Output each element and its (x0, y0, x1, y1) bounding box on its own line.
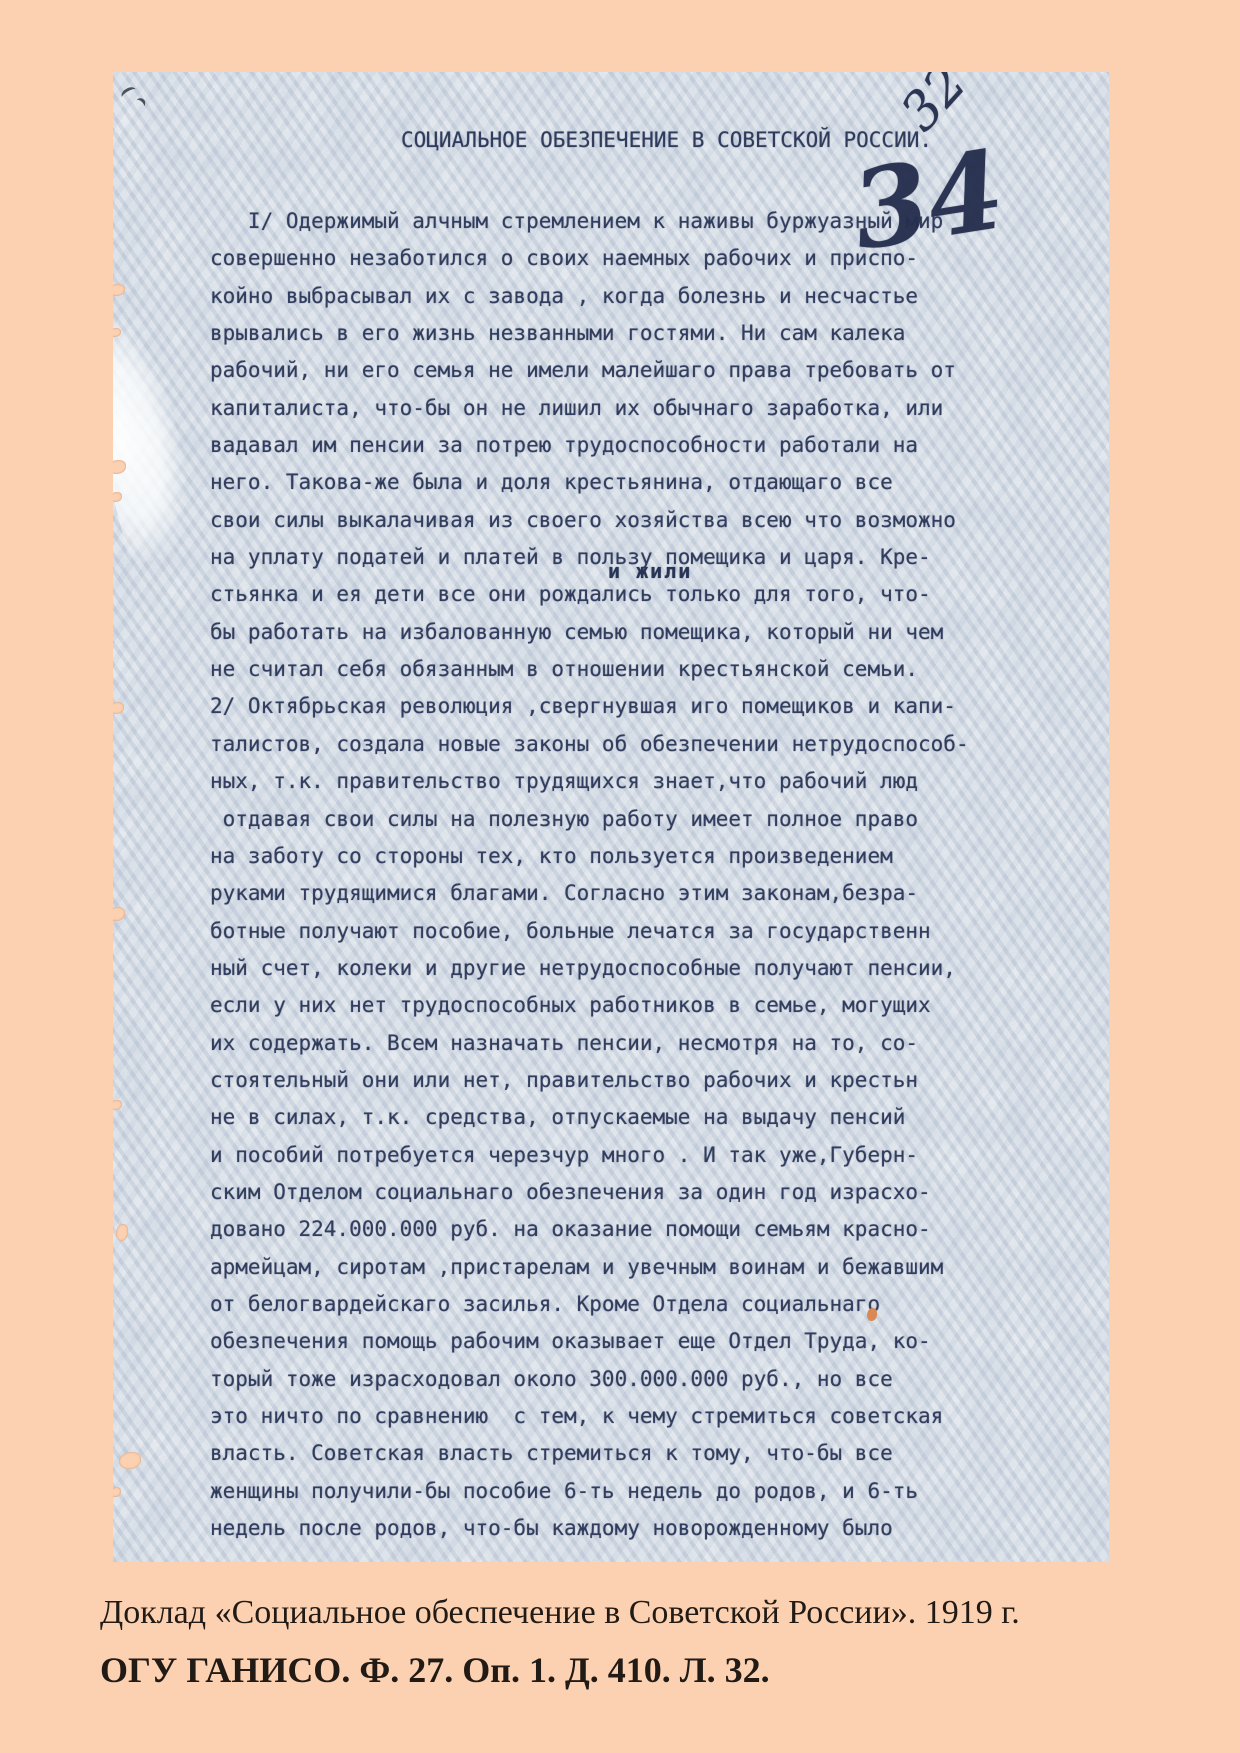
document-line: него. Такова-же была и доля крестьянина,… (210, 464, 1080, 501)
document-line: не считал себя обязанным в отношении кре… (210, 651, 1080, 688)
caption: Доклад «Социальное обеспечение в Советск… (100, 1592, 1020, 1692)
document-line: свои силы выкалачивая из своего хозяйств… (210, 502, 1080, 539)
document-line: ных, т.к. правительство трудящихся знает… (210, 763, 1080, 800)
document-line: недель после родов, что-бы каждому новор… (210, 1510, 1080, 1547)
document-line: довано 224.000.000 руб. на оказание помо… (210, 1211, 1080, 1248)
document-line: вадавал им пенсии за потрею трудоспособн… (210, 427, 1080, 464)
caption-archive-reference: ОГУ ГАНИСО. Ф. 27. Оп. 1. Д. 410. Л. 32. (100, 1649, 1020, 1692)
paper-damage-spot (113, 702, 124, 714)
document-line: обезпечения помощь рабочим оказывает еще… (210, 1323, 1080, 1360)
paper-fade-patch (113, 304, 206, 565)
interline-insertion: и жили (608, 559, 692, 583)
document-line: 2/ Октябрьская революция ,свергнувшая иг… (210, 688, 1080, 725)
pen-mark (133, 96, 148, 111)
paper-damage-spot (113, 284, 125, 296)
page: { "page": { "background_color": "#fcd1b2… (0, 0, 1240, 1753)
document-line: рабочий, ни его семья не имели малейшаго… (210, 352, 1080, 389)
document-line: это ничто по сравнению с тем, к чему стр… (210, 1398, 1080, 1435)
document-line: армейцам, сиротам ,пристарелам и увечным… (210, 1249, 1080, 1286)
document-line: руками трудящимися благами. Согласно эти… (210, 875, 1080, 912)
document-body: I/ Одержимый алчным стремлением к наживы… (210, 203, 1080, 1547)
document-line: стоятельный они или нет, правительство р… (210, 1062, 1080, 1099)
document-line: ским Отделом социальнаго обезпечения за … (210, 1174, 1080, 1211)
document-scan: СОЦИАЛЬНОЕ ОБЕЗПЕЧЕНИЕ В СОВЕТСКОЙ РОССИ… (113, 72, 1109, 1562)
document-line: койно выбрасывал их с завода , когда бол… (210, 278, 1080, 315)
document-line: ный счет, колеки и другие нетрудоспособн… (210, 950, 1080, 987)
document-line: ботные получают пособие, больные лечатся… (210, 913, 1080, 950)
caption-document-title: Доклад «Социальное обеспечение в Советск… (100, 1592, 1020, 1635)
document-line: врывались в его жизнь незванными гостями… (210, 315, 1080, 352)
paper-damage-spot (113, 907, 125, 921)
document-line: их содержать. Всем назначать пенсии, нес… (210, 1025, 1080, 1062)
document-line: от белогвардейскаго засилья. Кроме Отдел… (210, 1286, 1080, 1323)
document-line: женщины получили-бы пособие 6-ть недель … (210, 1473, 1080, 1510)
document-line: торый тоже израсходовал около 300.000.00… (210, 1361, 1080, 1398)
document-line: власть. Советская власть стремиться к то… (210, 1435, 1080, 1472)
document-line: талистов, создала новые законы об обезпе… (210, 726, 1080, 763)
document-line: бы работать на избалованную семью помещи… (210, 614, 1080, 651)
document-line: капиталиста, что-бы он не лишил их обычн… (210, 390, 1080, 427)
paper-damage-spot (116, 1224, 128, 1241)
paper-damage-spot (119, 1452, 141, 1469)
document-line: если у них нет трудоспособных работников… (210, 987, 1080, 1024)
document-line: и пособий потребуется черезчур много . И… (210, 1137, 1080, 1174)
document-line: на заботу со стороны тех, кто пользуется… (210, 838, 1080, 875)
paper-damage-spot (113, 1487, 121, 1497)
paper-damage-spot (113, 1100, 122, 1110)
handwritten-page-number-large: 34 (844, 127, 1012, 275)
document-line: отдавая свои силы на полезную работу име… (210, 801, 1080, 838)
document-line: не в силах, т.к. средства, отпускаемые н… (210, 1099, 1080, 1136)
